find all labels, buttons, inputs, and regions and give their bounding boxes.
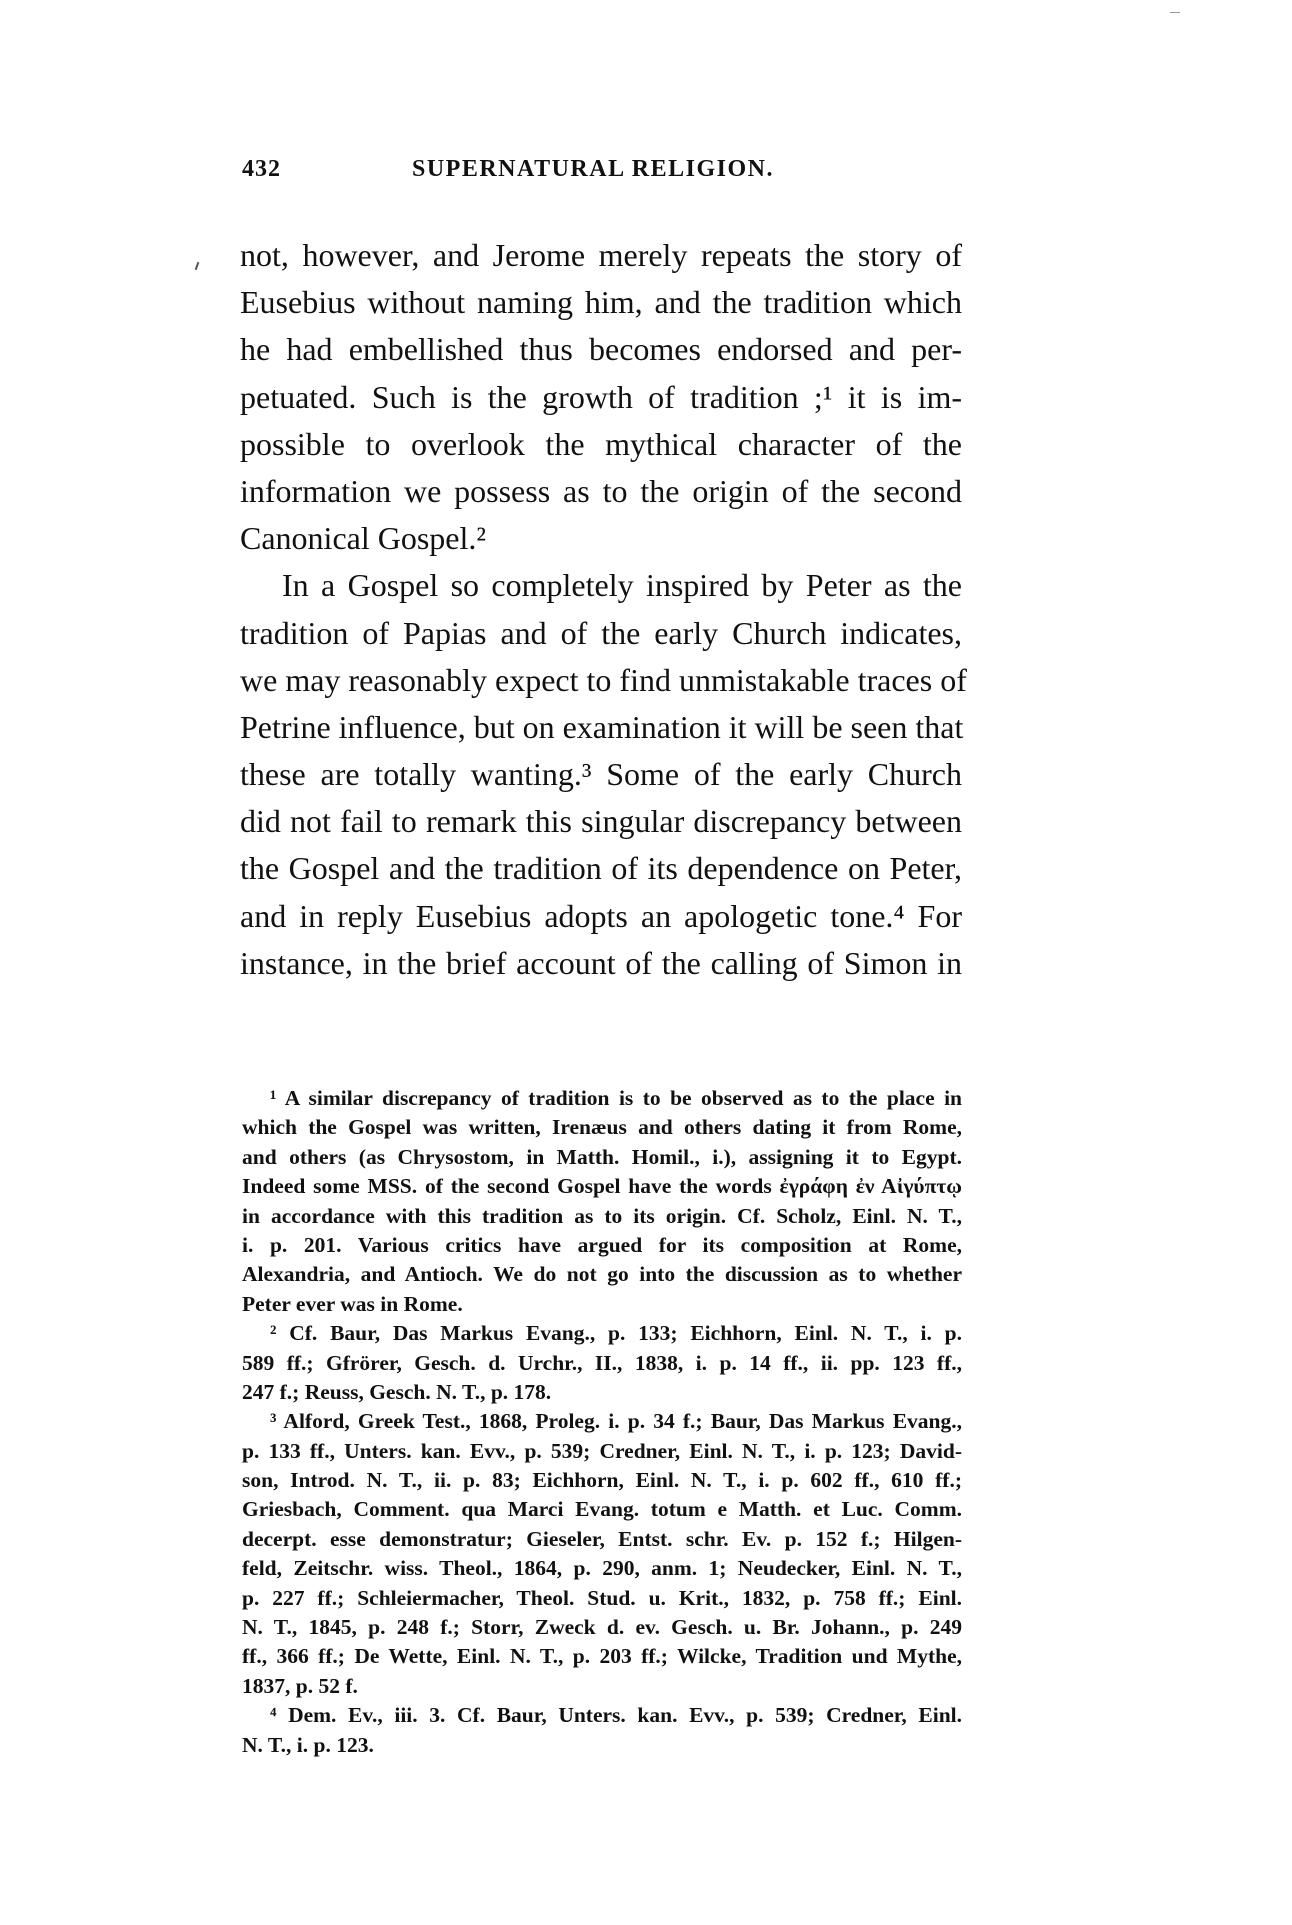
- text-line: petuated. Such is the growth of traditio…: [240, 374, 962, 421]
- text-line: Petrine influence, but on examination it…: [240, 704, 962, 751]
- footnote-line: N. T., i. p. 123.: [242, 1731, 962, 1760]
- footnote-line: son, Introd. N. T., ii. p. 83; Eichhorn,…: [242, 1466, 962, 1495]
- footnote-line: p. 133 ff., Unters. kan. Evv., p. 539; C…: [242, 1437, 962, 1466]
- text-line: possible to overlook the mythical charac…: [240, 421, 962, 468]
- footnote-line: Griesbach, Comment. qua Marci Evang. tot…: [242, 1495, 962, 1524]
- footnote-1-line: ¹ A similar discrepancy of tradition is …: [242, 1084, 962, 1113]
- text-line: tradition of Papias and of the early Chu…: [240, 610, 962, 657]
- footnote-line: and others (as Chrysostom, in Matth. Hom…: [242, 1143, 962, 1172]
- paragraph-start-line: In a Gospel so completely inspired by Pe…: [240, 562, 962, 609]
- footnote-2-line: ² Cf. Baur, Das Markus Evang., p. 133; E…: [242, 1319, 962, 1348]
- footnote-line: N. T., 1845, p. 248 f.; Storr, Zweck d. …: [242, 1613, 962, 1642]
- footnote-line: 1837, p. 52 f.: [242, 1672, 962, 1701]
- text-line: the Gospel and the tradition of its depe…: [240, 845, 962, 892]
- footnote-line: in accordance with this tradition as to …: [242, 1202, 962, 1231]
- footnote-line: which the Gospel was written, Irenæus an…: [242, 1113, 962, 1142]
- footnote-line: i. p. 201. Various critics have argued f…: [242, 1231, 962, 1260]
- footnote-line: 589 ff.; Gfrörer, Gesch. d. Urchr., II.,…: [242, 1349, 962, 1378]
- footnote-line: Alexandria, and Antioch. We do not go in…: [242, 1260, 962, 1289]
- scan-mark: [1170, 12, 1180, 13]
- text-line: not, however, and Jerome merely repeats …: [240, 232, 962, 279]
- footnote-line: ff., 366 ff.; De Wette, Einl. N. T., p. …: [242, 1642, 962, 1671]
- page-header: 432 SUPERNATURAL RELIGION.: [242, 150, 962, 190]
- running-title: SUPERNATURAL RELIGION.: [412, 156, 774, 183]
- text-line: these are totally wanting.³ Some of the …: [240, 751, 962, 798]
- footnotes: ¹ A similar discrepancy of tradition is …: [242, 1084, 962, 1760]
- footnote-line: 247 f.; Reuss, Gesch. N. T., p. 178.: [242, 1378, 962, 1407]
- text-line: did not fail to remark this singular dis…: [240, 798, 962, 845]
- margin-mark: [195, 262, 200, 270]
- footnote-line: Indeed some MSS. of the second Gospel ha…: [242, 1172, 962, 1201]
- footnote-3-line: ³ Alford, Greek Test., 1868, Proleg. i. …: [242, 1407, 962, 1436]
- footnote-line: p. 227 ff.; Schleiermacher, Theol. Stud.…: [242, 1584, 962, 1613]
- text-line: information we possess as to the origin …: [240, 468, 962, 515]
- footnote-line: feld, Zeitschr. wiss. Theol., 1864, p. 2…: [242, 1554, 962, 1583]
- text-line: Canonical Gospel.²: [240, 515, 962, 562]
- book-page: 432 SUPERNATURAL RELIGION. not, however,…: [0, 0, 1292, 1925]
- footnote-4-line: ⁴ Dem. Ev., iii. 3. Cf. Baur, Unters. ka…: [242, 1701, 962, 1730]
- footnote-line: decerpt. esse demonstratur; Gieseler, En…: [242, 1525, 962, 1554]
- main-text: not, however, and Jerome merely repeats …: [240, 232, 962, 987]
- text-line: we may reasonably expect to find unmista…: [240, 657, 962, 704]
- text-line: Eusebius without naming him, and the tra…: [240, 279, 962, 326]
- footnote-line: Peter ever was in Rome.: [242, 1290, 962, 1319]
- text-line: and in reply Eusebius adopts an apologet…: [240, 893, 962, 940]
- text-line: he had embellished thus becomes endorsed…: [240, 326, 962, 373]
- text-line: instance, in the brief account of the ca…: [240, 940, 962, 987]
- page-number: 432: [242, 156, 281, 183]
